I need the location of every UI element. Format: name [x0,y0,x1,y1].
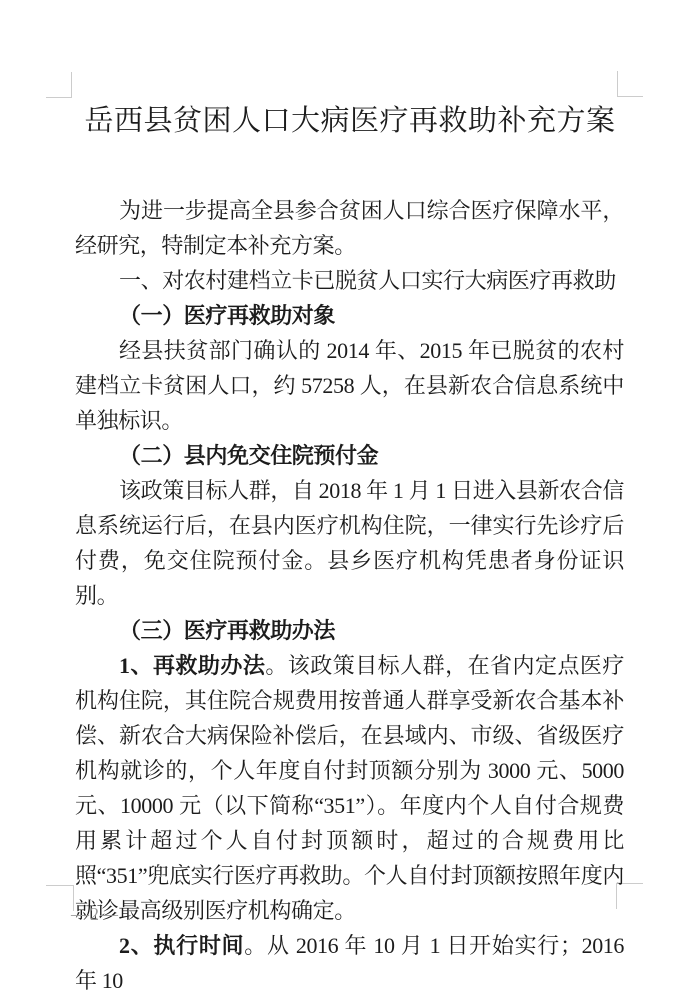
subsection-heading-2: （二）县内免交住院预付金 [75,438,624,473]
text-boundary-mark-bottom-left [46,885,74,911]
document-body: 为进一步提高全县参合贫困人口综合医疗保障水平，经研究，特制定本补充方案。 一、对… [75,193,624,998]
item1-lead-label: 1、再救助办法 [119,653,265,678]
subsection-heading-1: （一）医疗再救助对象 [75,298,624,333]
paragraph-item2: 2、执行时间。从 2016 年 10 月 1 日开始实行；2016 年 10 [75,928,624,998]
paragraph-sub2: 该政策目标人群，自 2018 年 1 月 1 日进入县新农合信息系统运行后，在县… [75,473,624,613]
item1-body-text: 。该政策目标人群，在省内定点医疗机构住院，其住院合规费用按普通人群享受新农合基本… [75,653,624,923]
page-number: —2— [71,902,119,926]
text-boundary-mark-top-left [46,72,72,98]
section-heading-1: 一、对农村建档立卡已脱贫人口实行大病医疗再救助 [75,263,624,298]
document-title: 岳西县贫困人口大病医疗再救助补充方案 [0,102,700,140]
paragraph-intro: 为进一步提高全县参合贫困人口综合医疗保障水平，经研究，特制定本补充方案。 [75,193,624,263]
paragraph-sub1: 经县扶贫部门确认的 2014 年、2015 年已脱贫的农村建档立卡贫困人口，约 … [75,333,624,438]
item2-lead-label: 2、执行时间 [119,933,244,958]
text-boundary-mark-top-right [617,71,643,97]
subsection-heading-3: （三）医疗再救助办法 [75,613,624,648]
paragraph-item1: 1、再救助办法。该政策目标人群，在省内定点医疗机构住院，其住院合规费用按普通人群… [75,648,624,928]
